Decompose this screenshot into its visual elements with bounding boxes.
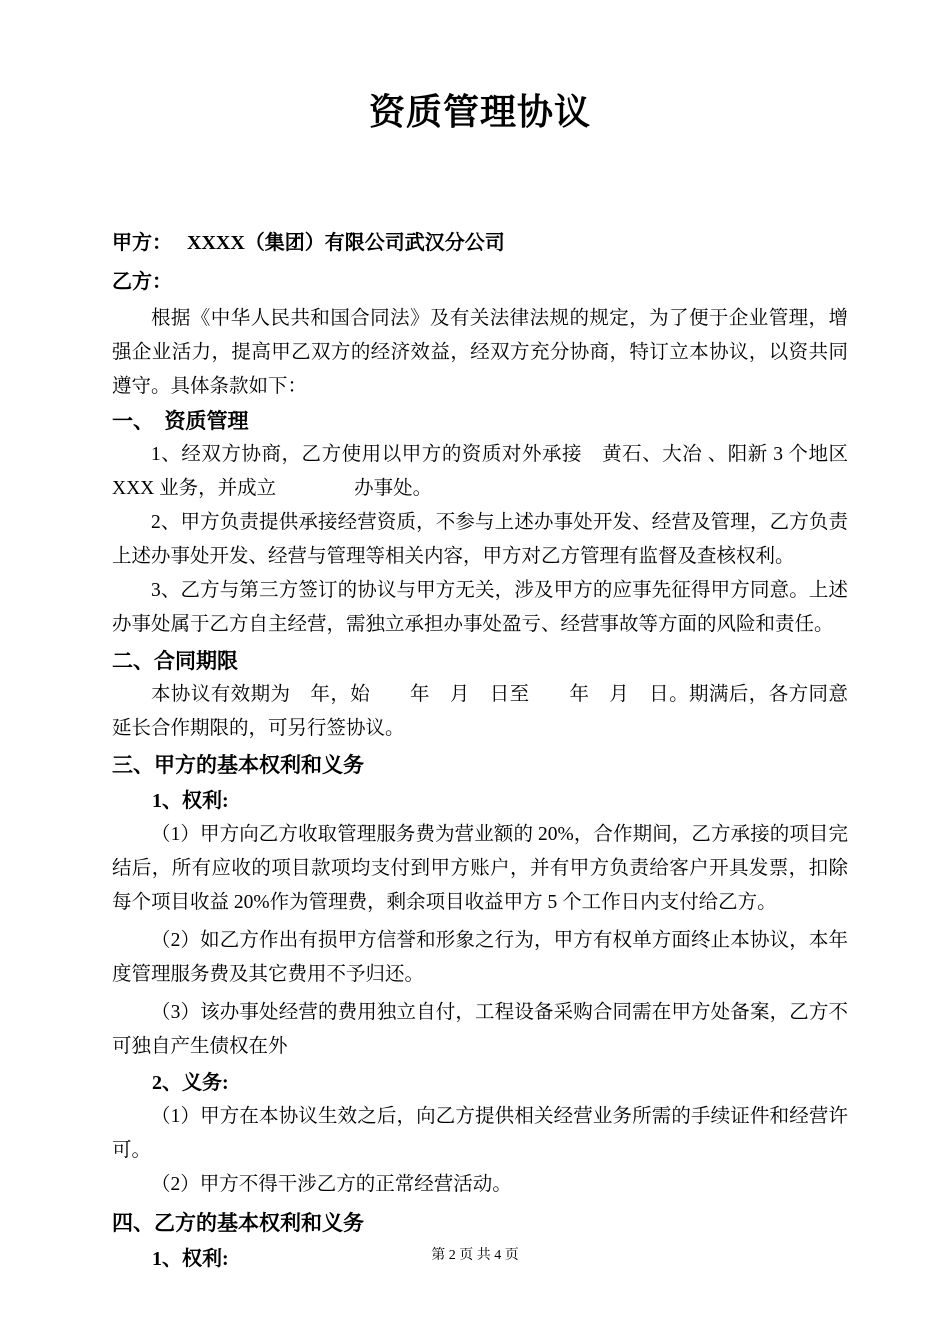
section-3-rights-item-1: （1）甲方向乙方收取管理服务费为营业额的 20%，合作期间，乙方承接的项目完结后… [112,818,848,920]
document-content: 资质管理协议 甲方： XXXX（集团）有限公司武汉分公司 乙方： 根据《中华人民… [112,0,848,1276]
party-b-line: 乙方： [112,263,848,302]
section-3-obligations-item-1: （1）甲方在本协议生效之后，向乙方提供相关经营业务所需的手续证件和经营许可。 [112,1100,848,1168]
section-3-obligations-item-2: （2）甲方不得干涉乙方的正常经营活动。 [112,1168,848,1202]
section-3-heading: 三、甲方的基本权利和义务 [112,748,848,782]
section-3-rights-subheading: 1、权利: [112,784,848,818]
section-3-rights-item-2: （2）如乙方作出有损甲方信誉和形象之行为，甲方有权单方面终止本协议，本年度管理服… [112,924,848,992]
page-number-footer: 第 2 页 共 4 页 [0,1246,950,1266]
section-2-body: 本协议有效期为 年，始 年 月 日至 年 月 日。期满后，各方同意延长合作期限的… [112,678,848,746]
section-4-heading: 四、乙方的基本权利和义务 [112,1206,848,1240]
document-title: 资质管理协议 [112,88,848,136]
section-2-heading: 二、合同期限 [112,644,848,678]
document-page: 资质管理协议 甲方： XXXX（集团）有限公司武汉分公司 乙方： 根据《中华人民… [0,0,950,1344]
section-1-item-2: 2、甲方负责提供承接经营资质，不参与上述办事处开发、经营及管理，乙方负责上述办事… [112,506,848,574]
section-3-rights-item-3: （3）该办事处经营的费用独立自付，工程设备采购合同需在甲方处备案，乙方不可独自产… [112,996,848,1064]
section-3-obligations-subheading: 2、义务: [112,1066,848,1100]
party-a-line: 甲方： XXXX（集团）有限公司武汉分公司 [112,224,848,263]
section-1-item-3: 3、乙方与第三方签订的协议与甲方无关，涉及甲方的应事先征得甲方同意。上述办事处属… [112,574,848,642]
section-1-item-1: 1、经双方协商，乙方使用以甲方的资质对外承接 黄石、大冶 、阳新 3 个地区 X… [112,438,848,506]
preamble-paragraph: 根据《中华人民共和国合同法》及有关法律法规的规定，为了便于企业管理，增强企业活力… [112,302,848,404]
section-1-heading: 一、 资质管理 [112,404,848,438]
